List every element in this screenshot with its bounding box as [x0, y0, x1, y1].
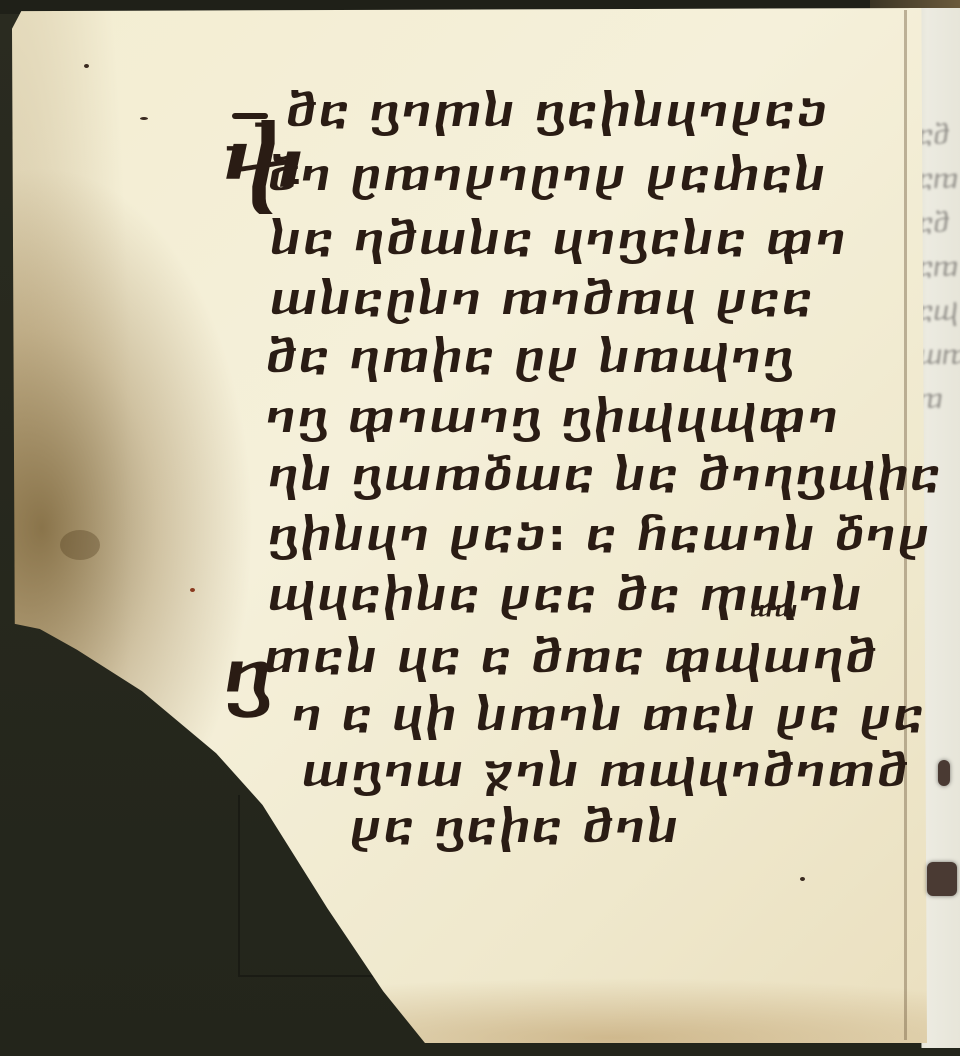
text-line: ⴈⴂ ⴔⴈⴍⴈⴂ ⴂⴙⴓⴗⴓⴔⴈ [266, 391, 840, 442]
facing-line: ⴀⴊ [918, 253, 958, 283]
binding-tab [938, 760, 950, 786]
text-line: ⴑⴀ ⴄⴋⴍⴑⴀ ⴗⴈⴂⴀⴑⴀ ⴔⴈ [270, 213, 848, 264]
ink-speck [140, 117, 148, 120]
text-line: ⴂⴙⴑⴗⴈ ⴞⴀⴢ: ⴀ ⴌⴀⴍⴈⴑ ⴃⴈⴞ [268, 509, 932, 560]
text-line: ⴇⴀⴑ ⴗⴀ ⴀ ⴋⴊⴀ ⴔⴓⴍⴄⴋ [264, 631, 878, 682]
facing-line: ⴀⴋ [918, 209, 949, 239]
text-line: ⴄⴑ ⴂⴍⴊⴃⴍⴀ ⴑⴀ ⴋⴈⴄⴂⴓⴙⴀ [268, 449, 943, 500]
text-line: ⴋⴀ ⴂⴈⴜⴑ ⴂⴀⴙⴑⴗⴈⴞⴀⴢ [286, 85, 829, 136]
text-line: ⴋⴀ ⴄⴊⴙⴀ ⴚⴞ ⴑⴊⴓⴈⴂ [266, 331, 795, 382]
ink-speck [190, 588, 195, 592]
text-line: ⴍⴂⴈⴍ ⴟⴈⴑ ⴊⴓⴗⴈⴋⴈⴇⴋ [302, 745, 910, 796]
text-line: ⴈ ⴀ ⴗⴙ ⴑⴊⴈⴑ ⴇⴀⴑ ⴞⴀ ⴞⴀ [292, 689, 926, 740]
stain-spot [60, 530, 100, 560]
superscript-mark: ⴍⴍ [750, 599, 800, 623]
binding-tab [927, 862, 957, 896]
facing-line: ⴀⴊ [918, 165, 958, 195]
ink-speck [800, 877, 805, 881]
facing-line: ⴀⴓ [918, 297, 957, 327]
text-line: ⴞⴀ ⴂⴀⴙⴀ ⴋⴈⴑ [350, 801, 681, 852]
facing-line: ⴀⴋ [918, 121, 949, 151]
ink-speck [84, 64, 89, 68]
text-line: ⴍⴑⴀⴚⴑⴈ ⴊⴈⴋⴊⴗ ⴞⴀⴀ [270, 273, 815, 324]
text-line: ⴋⴈ ⴚⴊⴈⴞⴈⴚⴈⴞ ⴞⴀⴐⴀⴑ [268, 149, 828, 200]
facing-line: ⴍⴊ [918, 341, 960, 371]
